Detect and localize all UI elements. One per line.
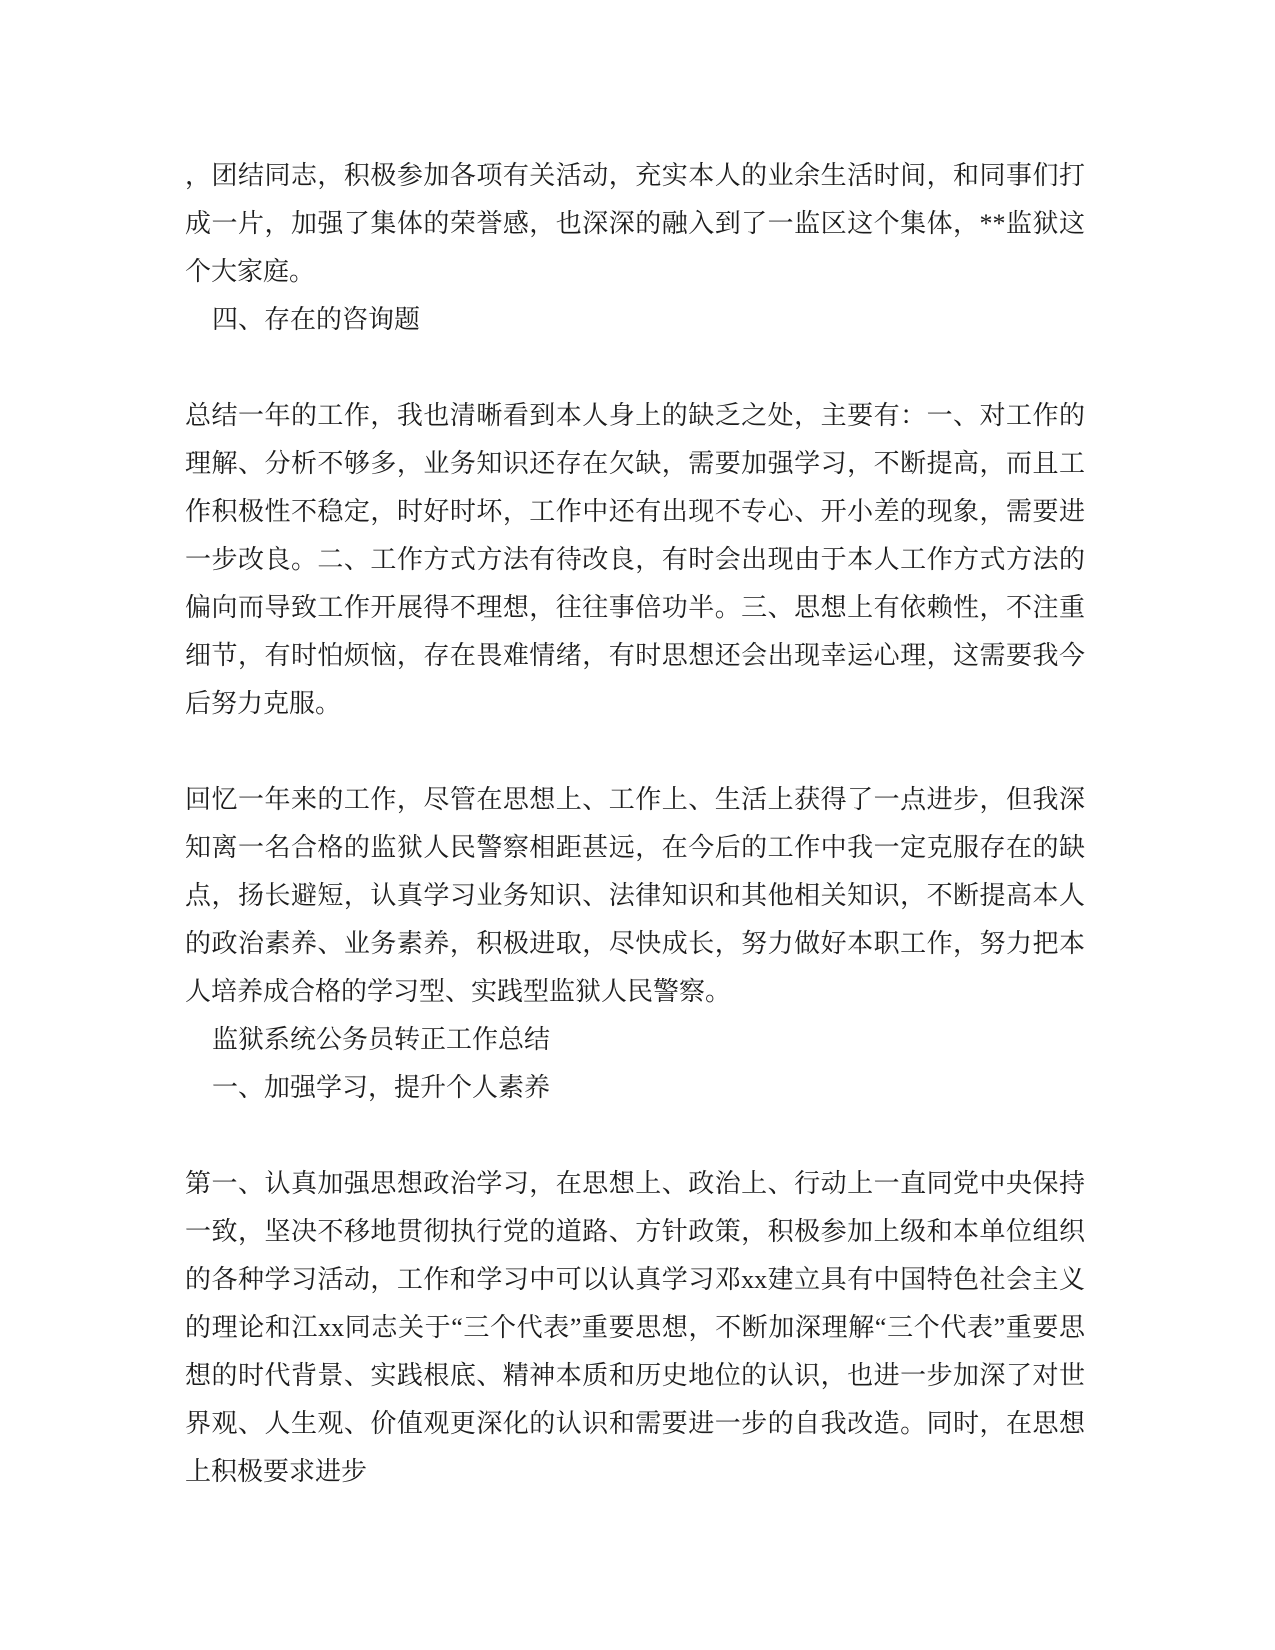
paragraph-continuation: ，团结同志，积极参加各项有关活动，充实本人的业余生活时间，和同事们打成一片，加强… — [185, 152, 1085, 296]
document-text-block: ，团结同志，积极参加各项有关活动，充实本人的业余生活时间，和同事们打成一片，加强… — [185, 152, 1085, 1496]
paragraph-shortcomings-summary: 总结一年的工作，我也清晰看到本人身上的缺乏之处，主要有：一、对工作的理解、分析不… — [185, 392, 1085, 728]
subtitle-work-summary: 监狱系统公务员转正工作总结 — [185, 1016, 1085, 1064]
paragraph-year-review: 回忆一年来的工作，尽管在思想上、工作上、生活上获得了一点进步，但我深知离一名合格… — [185, 776, 1085, 1016]
page-canvas: ，团结同志，积极参加各项有关活动，充实本人的业余生活时间，和同事们打成一片，加强… — [0, 0, 1275, 1650]
paragraph-political-study: 第一、认真加强思想政治学习，在思想上、政治上、行动上一直同党中央保持一致，坚决不… — [185, 1160, 1085, 1496]
heading-existing-problems: 四、存在的咨询题 — [185, 296, 1085, 344]
heading-strengthen-learning: 一、加强学习，提升个人素养 — [185, 1064, 1085, 1112]
document-page: { "page": { "background_color": "#ffffff… — [0, 0, 1275, 1650]
